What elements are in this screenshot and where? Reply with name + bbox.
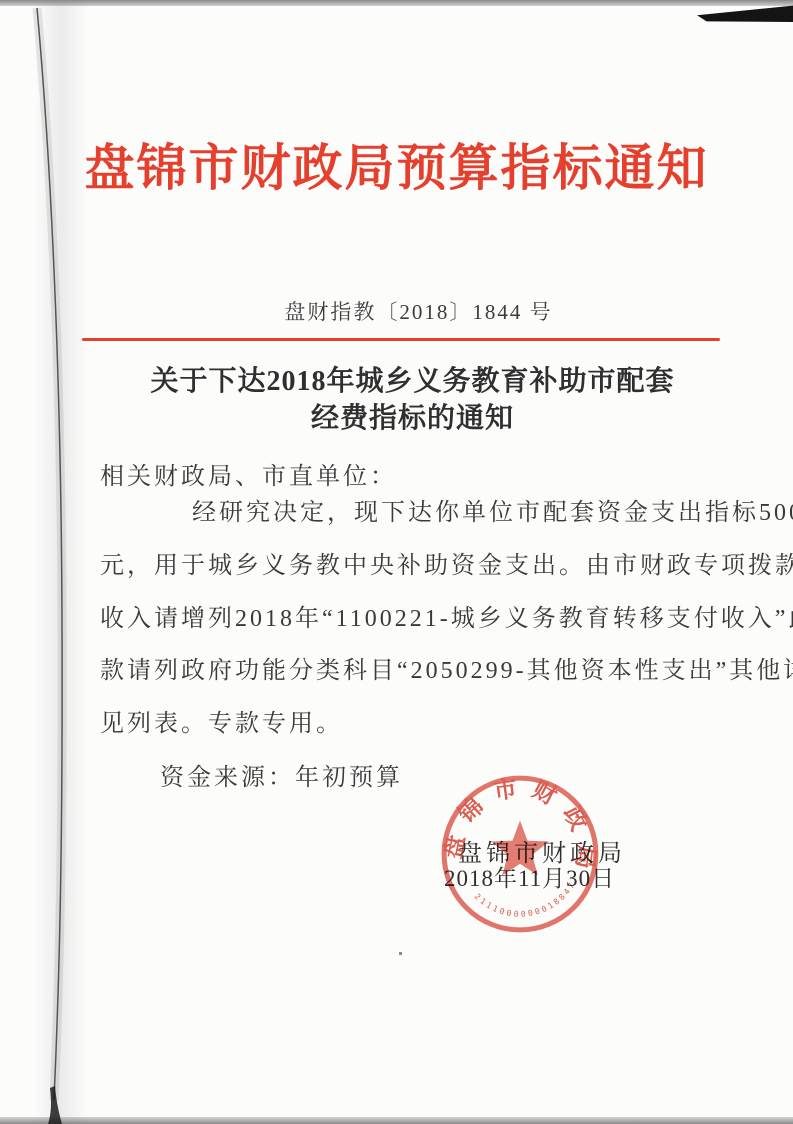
seal-code-text: 2111000000018847 <box>473 879 578 919</box>
document-title: 盘锦市财政局预算指标通知 <box>0 140 793 198</box>
scan-edge-top <box>0 0 793 6</box>
funding-source-line: 资金来源：年初预算 <box>160 757 403 792</box>
body-line: 经研究决定，现下达你单位市配套资金支出指标500.78万 <box>100 492 730 527</box>
scanned-document-page: 盘锦市财政局预算指标通知 盘财指教〔2018〕1844 号 关于下达2018年城… <box>0 0 793 1124</box>
notice-subject: 关于下达2018年城乡义务教育补助市配套 经费指标的通知 <box>16 363 793 437</box>
scan-edge-bottom <box>0 1117 793 1124</box>
salutation: 相关财政局、市直单位： <box>100 456 397 491</box>
scan-dot-artifact <box>399 952 402 955</box>
seal-code: 2111000000018847 <box>473 879 578 919</box>
scan-corner-artifact <box>697 5 793 22</box>
body-line: 见列表。专款专用。 <box>100 703 730 738</box>
document-number: 盘财指教〔2018〕1844 号 <box>22 296 793 326</box>
body-line: 收入请增列2018年“1100221-城乡义务教育转移支付收入”此 <box>100 598 730 633</box>
body-line: 款请列政府功能分类科目“2050299-其他资本性支出”其他详 <box>100 650 730 685</box>
body-line: 元，用于城乡义务教中央补助资金支出。由市财政专项拨款。 <box>100 545 730 580</box>
notice-subject-line2: 经费指标的通知 <box>16 400 793 437</box>
seal-star-icon <box>491 821 549 876</box>
notice-subject-line1: 关于下达2018年城乡义务教育补助市配套 <box>16 363 793 400</box>
official-seal: 盘锦市财政局 2111000000018847 <box>436 770 604 938</box>
red-divider-line <box>82 338 720 341</box>
